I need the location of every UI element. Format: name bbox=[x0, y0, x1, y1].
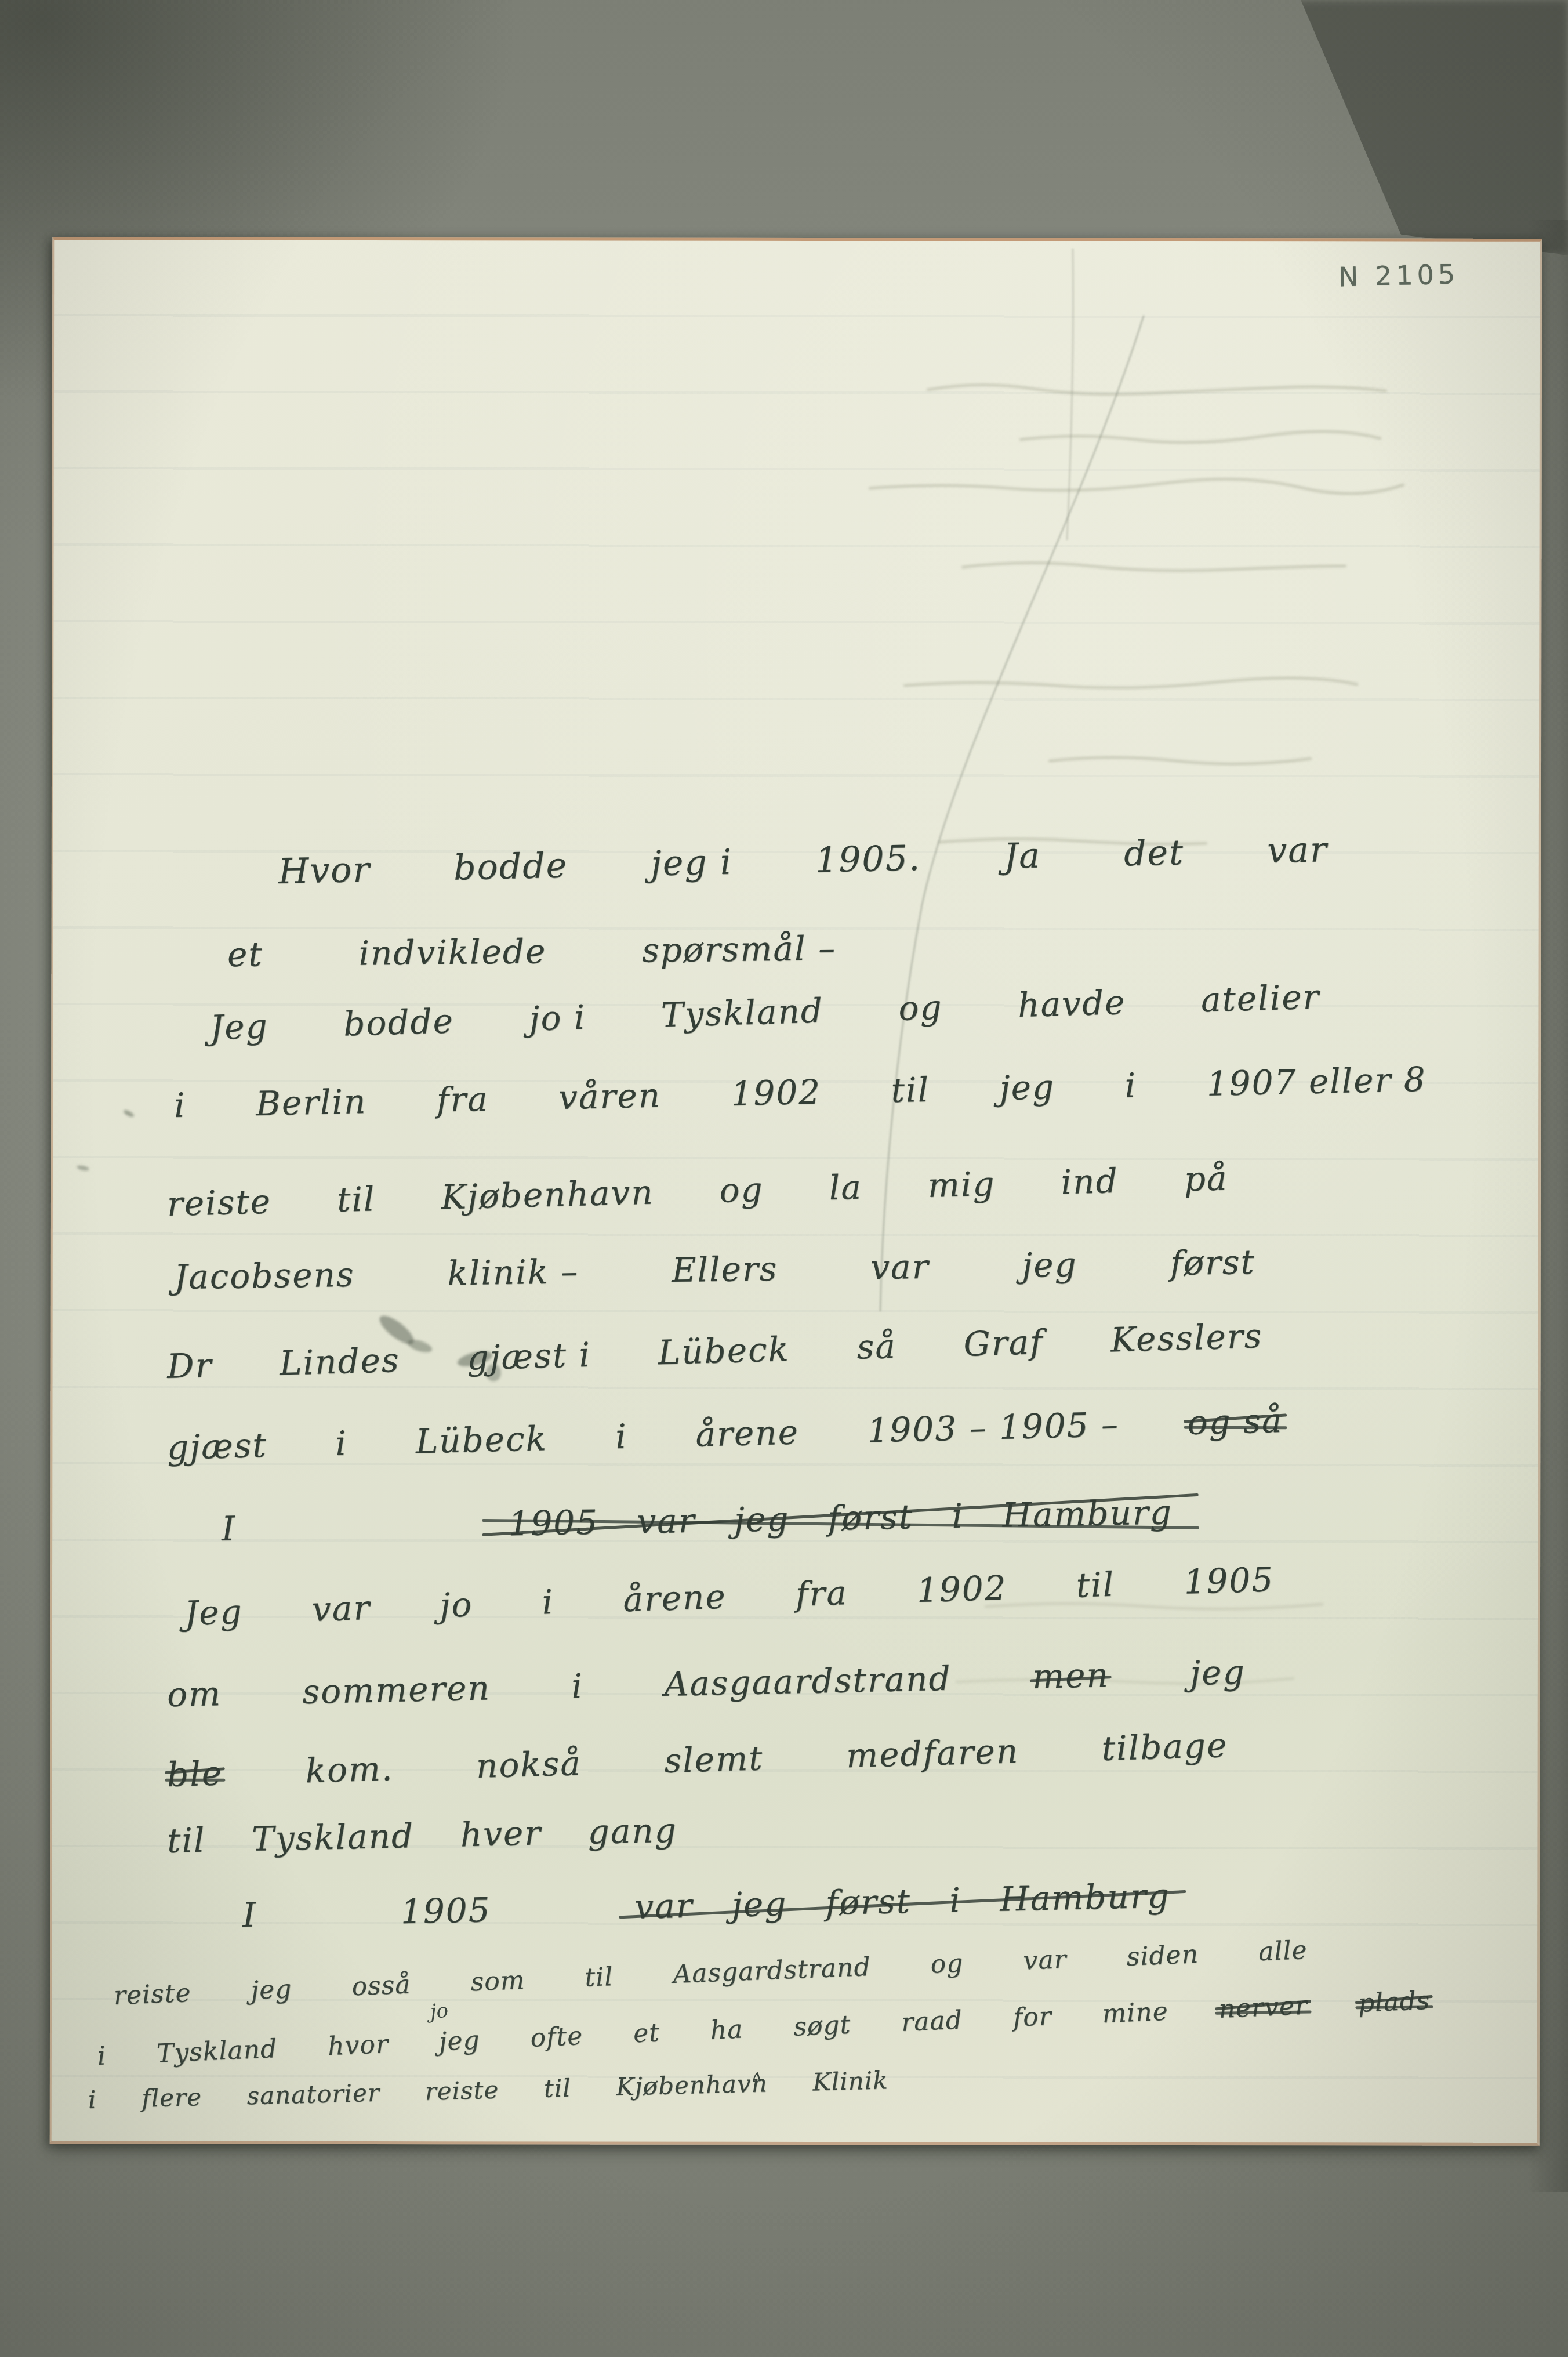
word: Jeg bbox=[209, 1006, 269, 1047]
word: 1905. bbox=[815, 838, 921, 881]
word: Dr bbox=[166, 1346, 213, 1386]
word: det bbox=[1123, 832, 1184, 874]
word: sanatorier bbox=[246, 2079, 380, 2111]
word: var bbox=[870, 1247, 930, 1287]
word: ha bbox=[710, 2014, 744, 2045]
word: Tyskland bbox=[156, 2034, 278, 2069]
word: Berlin bbox=[255, 1082, 367, 1123]
word: 1905 bbox=[1183, 1560, 1275, 1602]
word: i bbox=[88, 2086, 97, 2114]
word: 1902 bbox=[731, 1072, 822, 1114]
word: Kjøbenhavn bbox=[616, 2069, 768, 2101]
word: et bbox=[227, 934, 263, 974]
word: fra bbox=[795, 1573, 848, 1614]
word: Kjøbenhavn bbox=[441, 1172, 655, 1217]
word: sommeren bbox=[302, 1668, 491, 1711]
word: siden bbox=[1126, 1939, 1199, 1972]
word: nokså bbox=[476, 1743, 582, 1786]
word: søgt bbox=[793, 2010, 851, 2042]
word: osså bbox=[351, 1970, 412, 2001]
archival-number: N 2105 bbox=[1338, 258, 1459, 292]
word: om bbox=[166, 1674, 222, 1714]
word: jo bbox=[439, 1584, 473, 1625]
word: som bbox=[470, 1966, 526, 1997]
word: til bbox=[1076, 1565, 1116, 1605]
word: jeg bbox=[251, 1974, 293, 2006]
word: tilbage bbox=[1101, 1725, 1228, 1768]
word: mig bbox=[927, 1164, 996, 1205]
word: ofte bbox=[530, 2021, 584, 2053]
word: medfaren bbox=[845, 1731, 1019, 1775]
word: hver bbox=[460, 1813, 542, 1854]
word: Tyskland bbox=[251, 1816, 414, 1859]
word: Aasgaardstrand bbox=[664, 1659, 952, 1704]
word: reiste bbox=[113, 1978, 191, 2011]
word: Hvor bbox=[278, 850, 371, 892]
word: kom. bbox=[305, 1749, 394, 1790]
word: i bbox=[571, 1666, 584, 1706]
word: I bbox=[242, 1895, 257, 1935]
word: jeg i bbox=[650, 842, 732, 884]
word: 1903 – 1905 – bbox=[867, 1405, 1120, 1451]
word: klinik – bbox=[447, 1252, 579, 1293]
word: var bbox=[1267, 829, 1329, 871]
word: i bbox=[97, 2041, 107, 2071]
word: gang bbox=[587, 1811, 678, 1852]
word: ind bbox=[1061, 1161, 1119, 1202]
word: Lindes bbox=[279, 1340, 400, 1383]
word: i bbox=[173, 1086, 186, 1125]
word: 1905 bbox=[400, 1890, 491, 1931]
word: til bbox=[891, 1070, 930, 1110]
word: Graf bbox=[963, 1322, 1044, 1364]
word: årene bbox=[695, 1412, 800, 1454]
word: Jeg bbox=[184, 1592, 244, 1633]
struck-word: nerver bbox=[1218, 1991, 1308, 2024]
word: og bbox=[930, 1949, 964, 1979]
word: mine bbox=[1101, 1997, 1168, 2029]
word: 1902 bbox=[916, 1568, 1008, 1610]
word: til bbox=[585, 1962, 614, 1993]
word: alle bbox=[1258, 1935, 1308, 1967]
word: fra bbox=[436, 1079, 489, 1120]
word: i bbox=[1124, 1065, 1137, 1105]
word: Lübeck bbox=[415, 1419, 548, 1462]
word: og bbox=[898, 988, 943, 1028]
word: jeg bbox=[1022, 1245, 1077, 1285]
word: til bbox=[166, 1821, 206, 1861]
word: jeg bbox=[1189, 1652, 1246, 1693]
word: gjæst i bbox=[466, 1335, 591, 1378]
word: til bbox=[336, 1179, 376, 1220]
word: i bbox=[615, 1417, 627, 1456]
struck-word: plads bbox=[1358, 1986, 1431, 2018]
word: bodde bbox=[453, 846, 568, 889]
word: var bbox=[311, 1588, 371, 1629]
word: for bbox=[1012, 2001, 1052, 2033]
word: Tyskland bbox=[660, 991, 824, 1035]
word: reiste bbox=[166, 1182, 272, 1224]
word: Klinik bbox=[812, 2066, 888, 2096]
word: Kesslers bbox=[1110, 1316, 1263, 1359]
word: på bbox=[1184, 1158, 1228, 1199]
word: spørsmål – bbox=[642, 929, 837, 970]
word: havde bbox=[1017, 982, 1126, 1025]
word: så bbox=[856, 1326, 896, 1367]
word: bodde bbox=[343, 1001, 454, 1043]
insertion-caret-mark: ʌ bbox=[750, 2065, 763, 2087]
word: og bbox=[719, 1170, 764, 1210]
word: slemt bbox=[664, 1738, 764, 1781]
word: Ja bbox=[1003, 835, 1041, 876]
word: I bbox=[221, 1509, 236, 1549]
handwritten-line: etindvikledespørsmål – bbox=[227, 929, 837, 974]
word: raad bbox=[901, 2005, 963, 2037]
word: Jacobsens bbox=[174, 1255, 355, 1297]
word: til bbox=[543, 2074, 571, 2103]
word: atelier bbox=[1200, 977, 1320, 1020]
word: i bbox=[541, 1582, 554, 1622]
word: våren bbox=[558, 1075, 661, 1117]
inserted-word: jo bbox=[430, 1999, 449, 2024]
word: hvor bbox=[327, 2029, 389, 2061]
word: årene bbox=[622, 1577, 727, 1620]
word: først bbox=[1170, 1242, 1255, 1283]
word: flere bbox=[141, 2083, 202, 2113]
word: jo i bbox=[529, 998, 587, 1039]
word: jeg bbox=[999, 1067, 1055, 1108]
struck-word: men bbox=[1032, 1655, 1109, 1696]
word: Lübeck bbox=[658, 1329, 790, 1372]
word: i bbox=[335, 1423, 348, 1463]
struck-word: og så bbox=[1187, 1401, 1283, 1442]
word: jeg bbox=[438, 2025, 481, 2057]
word: var bbox=[1023, 1945, 1068, 1976]
word: 1907 eller 8 bbox=[1206, 1060, 1427, 1104]
word: gjæst bbox=[166, 1426, 267, 1467]
word: reiste bbox=[424, 2076, 499, 2106]
word: indviklede bbox=[358, 931, 547, 973]
word: et bbox=[633, 2018, 660, 2048]
word: la bbox=[829, 1167, 863, 1207]
struck-word: ble bbox=[166, 1753, 223, 1794]
word: Ellers bbox=[672, 1249, 778, 1290]
